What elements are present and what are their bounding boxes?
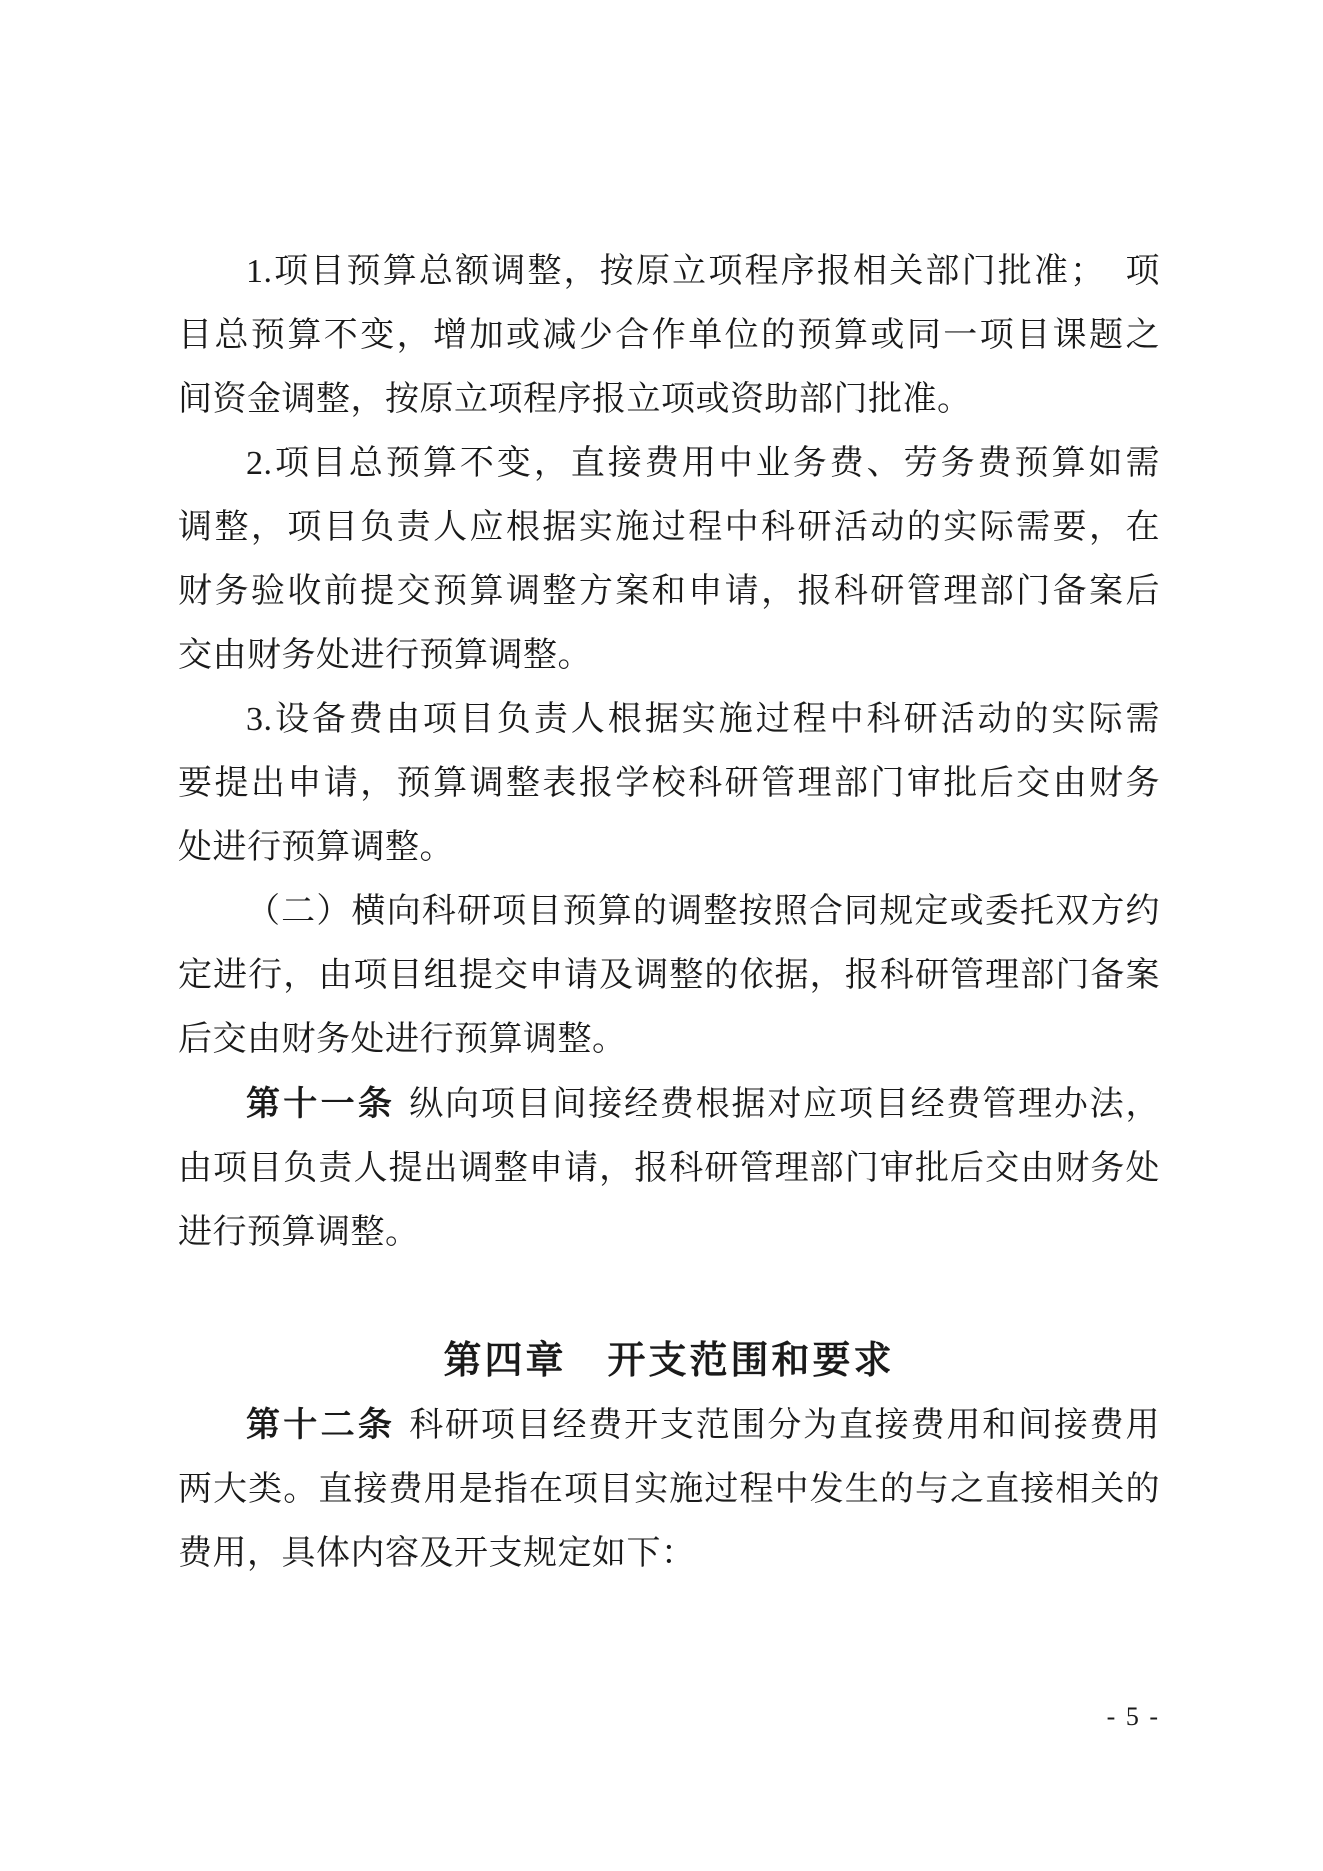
text-line: （二）横向科研项目预算的调整按照合同规定或委托双方约 bbox=[178, 880, 1160, 944]
text-line: 定进行，由项目组提交申请及调整的依据，报科研管理部门备案 bbox=[178, 944, 1160, 1008]
chapter-heading: 第四章 开支范围和要求 bbox=[178, 1329, 1160, 1393]
text-line: 费用，具体内容及开支规定如下： bbox=[178, 1522, 1160, 1586]
text-line: 3.设备费由项目负责人根据实施过程中科研活动的实际需 bbox=[178, 688, 1160, 752]
text-line: 第十二条科研项目经费开支范围分为直接费用和间接费用 bbox=[178, 1393, 1160, 1458]
paragraph-article-12: 第十二条科研项目经费开支范围分为直接费用和间接费用 两大类。直接费用是指在项目实… bbox=[178, 1393, 1160, 1586]
text-line: 间资金调整，按原立项程序报立项或资助部门批准。 bbox=[178, 368, 1160, 432]
article-number-bold: 第十一条 bbox=[246, 1085, 395, 1123]
text-line: 交由财务处进行预算调整。 bbox=[178, 624, 1160, 688]
text-line: 1.项目预算总额调整，按原立项程序报相关部门批准； 项 bbox=[178, 240, 1160, 304]
paragraph-item-3: 3.设备费由项目负责人根据实施过程中科研活动的实际需 要提出申请，预算调整表报学… bbox=[178, 688, 1160, 880]
article-lead-text: 科研项目经费开支范围分为直接费用和间接费用 bbox=[409, 1407, 1160, 1444]
paragraph-article-11: 第十一条纵向项目间接经费根据对应项目经费管理办法， 由项目负责人提出调整申请，报… bbox=[178, 1072, 1160, 1265]
paragraph-item-4: （二）横向科研项目预算的调整按照合同规定或委托双方约 定进行，由项目组提交申请及… bbox=[178, 880, 1160, 1072]
text-line: 处进行预算调整。 bbox=[178, 816, 1160, 880]
page-number: - 5 - bbox=[1107, 1700, 1160, 1734]
text-line: 第十一条纵向项目间接经费根据对应项目经费管理办法， bbox=[178, 1072, 1160, 1137]
text-line: 两大类。直接费用是指在项目实施过程中发生的与之直接相关的 bbox=[178, 1458, 1160, 1522]
text-line: 2.项目总预算不变，直接费用中业务费、劳务费预算如需 bbox=[178, 432, 1160, 496]
document-body: 1.项目预算总额调整，按原立项程序报相关部门批准； 项 目总预算不变，增加或减少… bbox=[178, 240, 1160, 1586]
text-line: 要提出申请，预算调整表报学校科研管理部门审批后交由财务 bbox=[178, 752, 1160, 816]
text-line: 由项目负责人提出调整申请，报科研管理部门审批后交由财务处 bbox=[178, 1137, 1160, 1201]
text-line: 财务验收前提交预算调整方案和申请，报科研管理部门备案后 bbox=[178, 560, 1160, 624]
paragraph-item-2: 2.项目总预算不变，直接费用中业务费、劳务费预算如需 调整，项目负责人应根据实施… bbox=[178, 432, 1160, 688]
text-line: 目总预算不变，增加或减少合作单位的预算或同一项目课题之 bbox=[178, 304, 1160, 368]
article-number-bold: 第十二条 bbox=[246, 1406, 395, 1444]
article-lead-text: 纵向项目间接经费根据对应项目经费管理办法， bbox=[409, 1086, 1160, 1123]
document-page: 1.项目预算总额调整，按原立项程序报相关部门批准； 项 目总预算不变，增加或减少… bbox=[0, 0, 1323, 1871]
text-line: 后交由财务处进行预算调整。 bbox=[178, 1008, 1160, 1072]
text-line: 进行预算调整。 bbox=[178, 1201, 1160, 1265]
text-line: 调整，项目负责人应根据实施过程中科研活动的实际需要，在 bbox=[178, 496, 1160, 560]
paragraph-item-1: 1.项目预算总额调整，按原立项程序报相关部门批准； 项 目总预算不变，增加或减少… bbox=[178, 240, 1160, 432]
